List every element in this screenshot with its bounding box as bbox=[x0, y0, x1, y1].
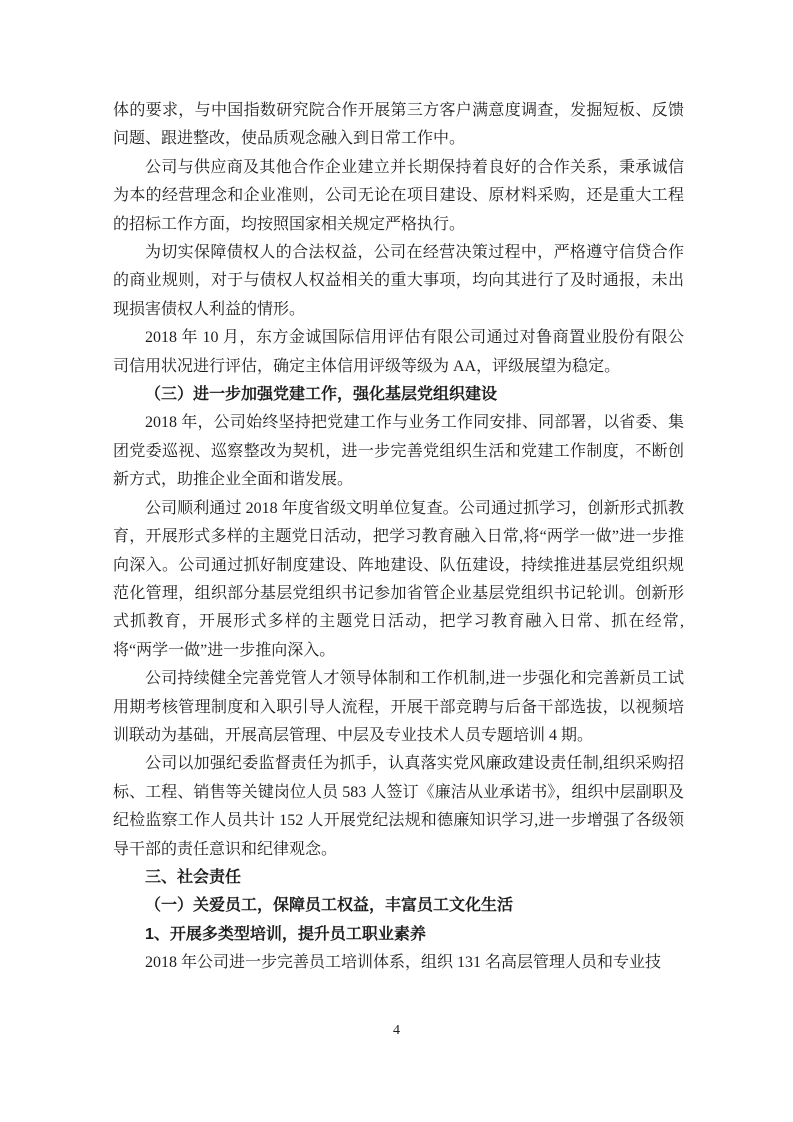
heading-section-1-employee-care: （一）关爱员工，保障员工权益，丰富员工文化生活 bbox=[113, 892, 684, 920]
paragraph-suppliers: 公司与供应商及其他合作企业建立并长期保持着良好的合作关系，秉承诚信为本的经营理念… bbox=[113, 154, 684, 239]
paragraph-credit-rating: 2018 年 10 月，东方金诚国际信用评估有限公司通过对鲁商置业股份有限公司信… bbox=[113, 324, 684, 381]
heading-section-3-party-building: （三）进一步加强党建工作，强化基层党组织建设 bbox=[113, 381, 684, 409]
paragraph-creditors: 为切实保障债权人的合法权益，公司在经营决策过程中，严格遵守信贷合作的商业规则，对… bbox=[113, 239, 684, 324]
paragraph-civilized-unit-review: 公司顺利通过 2018 年度省级文明单位复查。公司通过抓学习，创新形式抓教育，开… bbox=[113, 495, 684, 665]
paragraph-quality-continuation: 体的要求，与中国指数研究院合作开展第三方客户满意度调查，发掘短板、反馈问题、跟进… bbox=[113, 97, 684, 154]
paragraph-talent-management: 公司持续健全完善党管人才领导体制和工作机制,进一步强化和完善新员工试用期考核管理… bbox=[113, 665, 684, 750]
document-page: 体的要求，与中国指数研究院合作开展第三方客户满意度调查，发掘短板、反馈问题、跟进… bbox=[0, 0, 793, 1122]
heading-item-1-training: 1、开展多类型培训，提升员工职业素养 bbox=[113, 921, 684, 949]
page-number: 4 bbox=[0, 1021, 793, 1041]
heading-chapter-3-social-responsibility: 三、社会责任 bbox=[113, 864, 684, 892]
paragraph-discipline-supervision: 公司以加强纪委监督责任为抓手，认真落实党风廉政建设责任制,组织采购招标、工程、销… bbox=[113, 750, 684, 864]
document-body: 体的要求，与中国指数研究院合作开展第三方客户满意度调查，发掘短板、反馈问题、跟进… bbox=[113, 97, 684, 978]
paragraph-training-system: 2018 年公司进一步完善员工培训体系，组织 131 名高层管理人员和专业技 bbox=[113, 949, 684, 977]
paragraph-party-work-overview: 2018 年，公司始终坚持把党建工作与业务工作同安排、同部署，以省委、集团党委巡… bbox=[113, 409, 684, 494]
